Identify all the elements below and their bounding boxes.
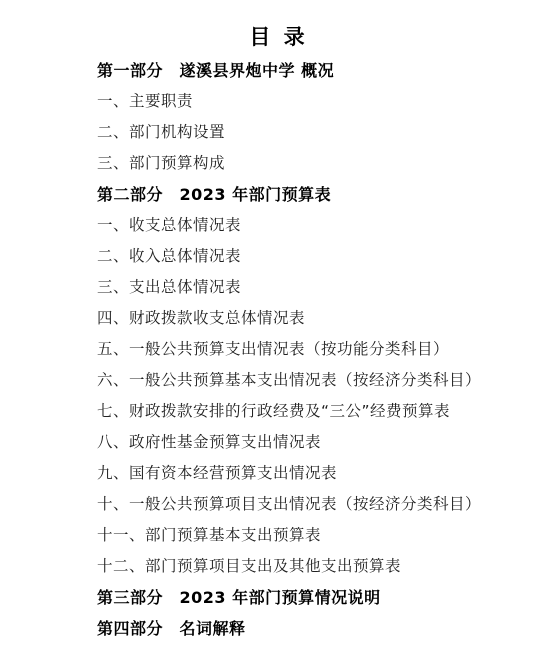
toc-item-2-6: 六、一般公共预算基本支出情况表（按经济分类科目） xyxy=(97,365,537,396)
toc-item-2-8: 八、政府性基金预算支出情况表 xyxy=(97,427,537,458)
toc-item-2-1: 一、收支总体情况表 xyxy=(97,210,537,241)
toc-list: 第一部分 遂溪县界炮中学 概况 一、主要职责 二、部门机构设置 三、部门预算构成… xyxy=(0,55,557,644)
toc-item-1-3: 三、部门预算构成 xyxy=(97,148,537,179)
toc-item-2-9: 九、国有资本经营预算支出情况表 xyxy=(97,458,537,489)
toc-part-1: 第一部分 遂溪县界炮中学 概况 xyxy=(97,55,537,86)
toc-title: 目 录 xyxy=(0,0,557,50)
toc-item-2-11: 十一、部门预算基本支出预算表 xyxy=(97,520,537,551)
document-page: 目 录 第一部分 遂溪县界炮中学 概况 一、主要职责 二、部门机构设置 三、部门… xyxy=(0,0,557,649)
toc-item-2-5: 五、一般公共预算支出情况表（按功能分类科目） xyxy=(97,334,537,365)
toc-item-2-7: 七、财政拨款安排的行政经费及“三公”经费预算表 xyxy=(97,396,537,427)
toc-item-2-3: 三、支出总体情况表 xyxy=(97,272,537,303)
toc-part-2: 第二部分 2023 年部门预算表 xyxy=(97,179,537,210)
toc-item-2-12: 十二、部门预算项目支出及其他支出预算表 xyxy=(97,551,537,582)
toc-item-2-2: 二、收入总体情况表 xyxy=(97,241,537,272)
toc-part-4: 第四部分 名词解释 xyxy=(97,613,537,644)
toc-item-2-10: 十、一般公共预算项目支出情况表（按经济分类科目） xyxy=(97,489,537,520)
toc-item-1-1: 一、主要职责 xyxy=(97,86,537,117)
toc-part-3: 第三部分 2023 年部门预算情况说明 xyxy=(97,582,537,613)
toc-item-2-4: 四、财政拨款收支总体情况表 xyxy=(97,303,537,334)
toc-item-1-2: 二、部门机构设置 xyxy=(97,117,537,148)
